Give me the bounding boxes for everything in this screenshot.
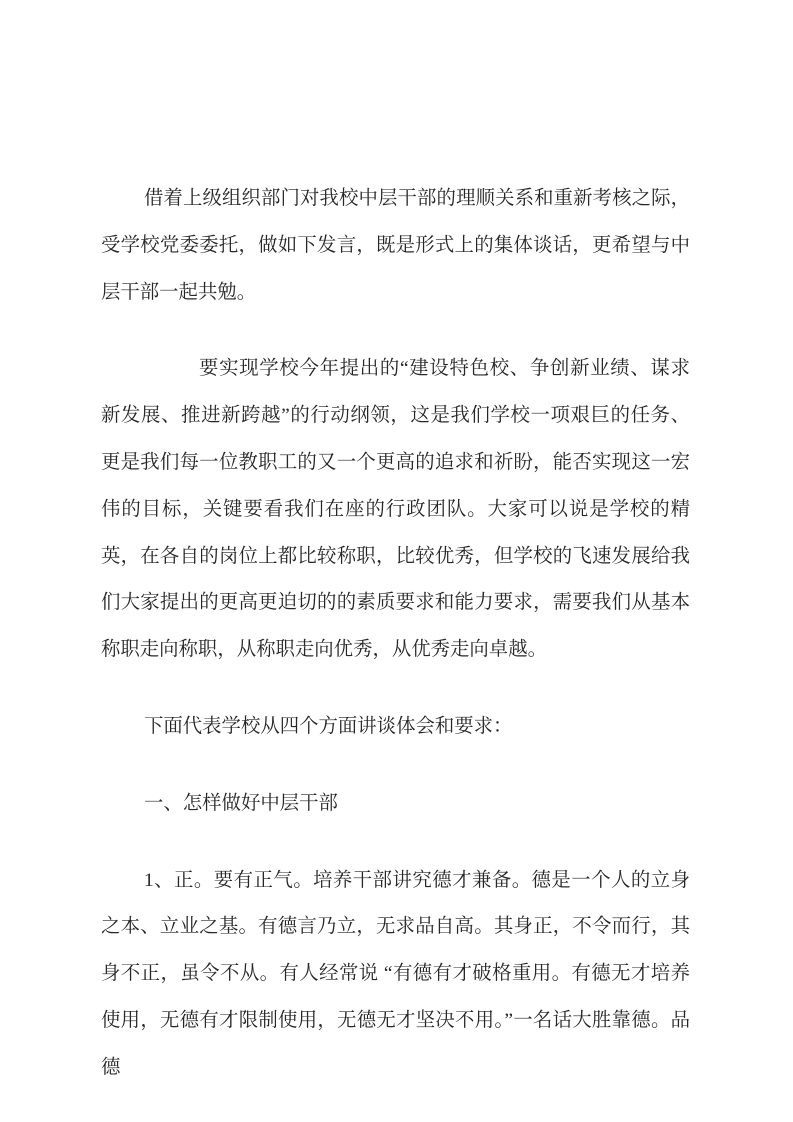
paragraph-outline-lead: 下面代表学校从四个方面讲谈体会和要求：: [101, 704, 690, 751]
document-page: 借着上级组织部门对我校中层干部的理顺关系和重新考核之际，受学校党委委托，做如下发…: [0, 0, 793, 1122]
paragraph-opening: 借着上级组织部门对我校中层干部的理顺关系和重新考核之际，受学校党委委托，做如下发…: [101, 176, 690, 316]
paragraph-action-plan: 要实现学校今年提出的“建设特色校、争创新业绩、谋求新发展、推进新跨越”的行动纲领…: [101, 346, 690, 674]
paragraph-point-one-zheng: 1、正。要有正气。培养干部讲究德才兼备。德是一个人的立身之本、立业之基。有德言乃…: [101, 858, 690, 1092]
heading-section-one: 一、怎样做好中层干部: [101, 781, 690, 828]
